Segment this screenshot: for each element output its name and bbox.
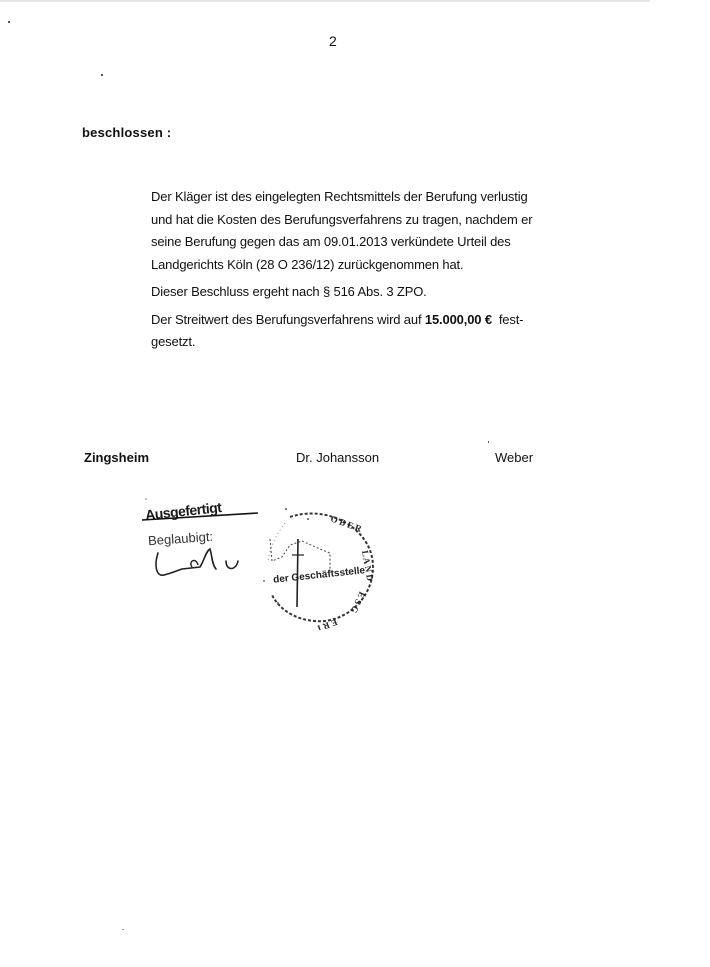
text-line: gesetzt. [151,331,591,354]
text-line: und hat die Kosten des Berufungsverfahre… [151,209,591,232]
certification-stamp: Ausgefertigt Beglaubigt: O B E R L A N D… [140,495,390,630]
scan-speck [122,929,124,930]
text-fragment: fest- [492,312,523,327]
text-line: seine Berufung gegen das am 09.01.2013 v… [151,231,591,254]
text-fragment: Der Streitwert des Berufungsverfahrens w… [151,312,425,327]
signatory-2: Dr. Johansson [296,450,379,465]
signatory-3: Weber [495,450,533,465]
text-line: Der Kläger ist des eingelegten Rechtsmit… [151,186,591,209]
signature-and-seal-graphic: O B E R L A N D E S G E R I [140,495,390,630]
paragraph-dispute-value: Der Streitwert des Berufungsverfahrens w… [151,309,591,354]
scan-top-edge [0,0,650,2]
decision-body: Der Kläger ist des eingelegten Rechtsmit… [151,186,591,359]
svg-text:E S G: E S G [349,590,368,615]
scan-speck [101,74,103,76]
page-number: 2 [329,33,337,49]
text-line: Dieser Beschluss ergeht nach § 516 Abs. … [151,281,591,304]
signatory-1: Zingsheim [84,450,149,465]
svg-text:E R I: E R I [316,617,339,630]
text-line: Landgerichts Köln (28 O 236/12) zurückge… [151,254,591,277]
dispute-amount: 15.000,00 € [425,312,492,327]
scan-speck [488,441,489,443]
decision-heading: beschlossen : [82,125,171,140]
svg-text:O B E R: O B E R [329,513,363,534]
text-line: Der Streitwert des Berufungsverfahrens w… [151,309,591,332]
scan-speck [8,21,10,23]
paragraph-ruling: Der Kläger ist des eingelegten Rechtsmit… [151,186,591,276]
paragraph-legal-basis: Dieser Beschluss ergeht nach § 516 Abs. … [151,281,591,304]
